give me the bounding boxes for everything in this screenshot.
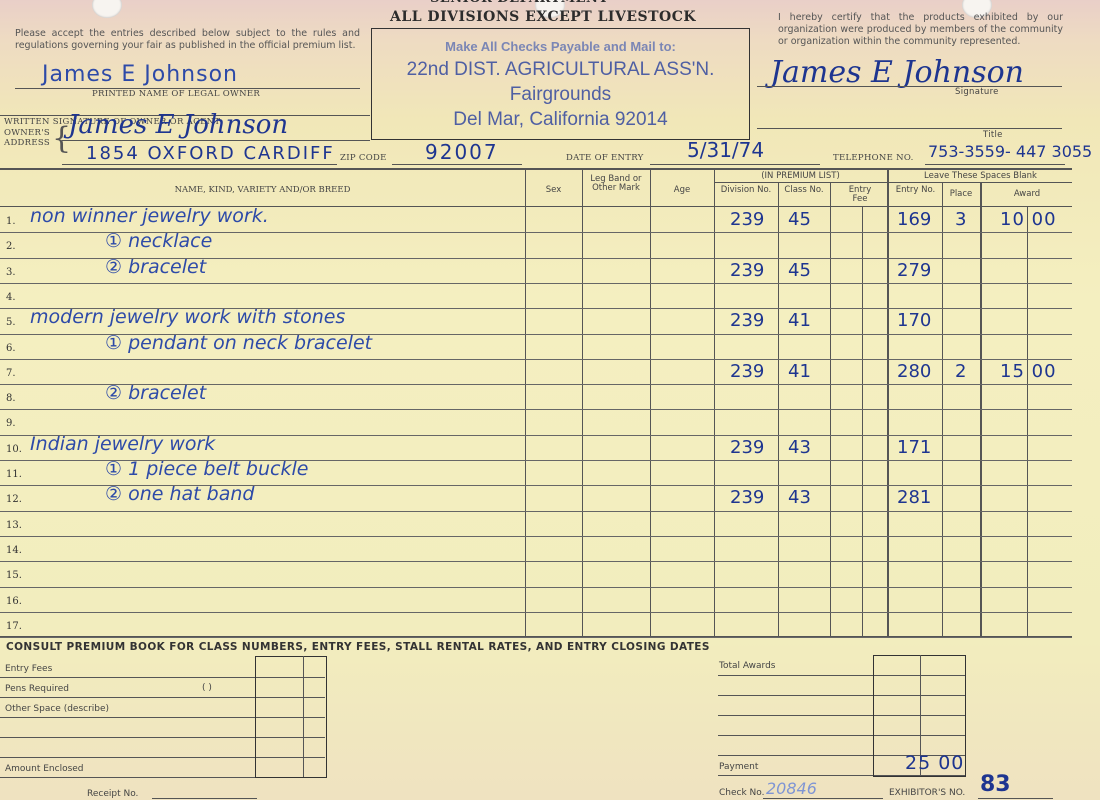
row-entry-no[interactable]: 279 xyxy=(897,260,931,281)
payment-label: Payment xyxy=(719,762,758,772)
row-description[interactable]: non winner jewelry work. xyxy=(30,205,269,227)
blank-group-underline xyxy=(889,182,1072,183)
table-row-line xyxy=(0,536,1072,537)
col-header-premium-group: (IN PREMIUM LIST) xyxy=(714,172,887,181)
col-header-leg-band: Leg Band or Other Mark xyxy=(590,175,642,193)
col-divider-legband xyxy=(650,168,651,636)
table-row-line xyxy=(0,587,1072,588)
receipt-number-label: Receipt No. xyxy=(87,789,138,799)
entry-notice-text: Please accept the entries described belo… xyxy=(15,28,360,52)
table-row-line xyxy=(0,409,1072,410)
check-number-value[interactable]: 20846 xyxy=(766,779,817,798)
col-header-class: Class No. xyxy=(782,186,826,195)
row-entry-no[interactable]: 281 xyxy=(897,487,931,508)
row-division[interactable]: 239 xyxy=(730,209,764,230)
row-description[interactable]: Indian jewelry work xyxy=(30,433,215,455)
col-header-division: Division No. xyxy=(720,186,772,195)
stamp-line-1: Make All Checks Payable and Mail to: xyxy=(372,39,749,54)
fees-cents-divider xyxy=(303,656,304,777)
premium-group-underline xyxy=(714,182,887,183)
row-number: 3. xyxy=(6,267,16,278)
row-number: 8. xyxy=(6,393,16,404)
date-of-entry-value[interactable]: 5/31/74 xyxy=(687,138,764,162)
row-division[interactable]: 239 xyxy=(730,437,764,458)
receipt-number-line xyxy=(152,798,257,799)
row-number: 10. xyxy=(6,444,22,455)
check-number-label: Check No. xyxy=(719,788,765,798)
row-description[interactable]: ① pendant on neck bracelet xyxy=(105,332,372,354)
printed-name-label: PRINTED NAME OF LEGAL OWNER xyxy=(92,89,260,99)
row-place[interactable]: 2 xyxy=(955,361,966,382)
consult-premium-book-notice: CONSULT PREMIUM BOOK FOR CLASS NUMBERS, … xyxy=(6,641,710,653)
table-row-line xyxy=(0,511,1072,512)
row-description[interactable]: modern jewelry work with stones xyxy=(30,306,345,328)
pens-required-label: Pens Required xyxy=(5,684,69,694)
row-class[interactable]: 45 xyxy=(788,209,811,230)
telephone-label: TELEPHONE NO. xyxy=(833,153,914,163)
amount-enclosed-label: Amount Enclosed xyxy=(5,764,84,774)
row-division[interactable]: 239 xyxy=(730,260,764,281)
table-row-line xyxy=(0,561,1072,562)
row-entry-no[interactable]: 170 xyxy=(897,310,931,331)
row-class[interactable]: 43 xyxy=(788,437,811,458)
telephone-line xyxy=(925,164,1065,165)
written-signature-value[interactable]: James E Johnson xyxy=(68,110,288,140)
col-divider-entryfee xyxy=(887,168,889,636)
row-number: 13. xyxy=(6,520,22,531)
row-description[interactable]: ② bracelet xyxy=(105,382,206,404)
row-number: 9. xyxy=(6,418,16,429)
col-divider-entryfee-inner xyxy=(862,207,863,636)
zip-code-value[interactable]: 92007 xyxy=(425,140,499,164)
pens-required-parens: ( ) xyxy=(202,683,212,693)
col-header-blank-group: Leave These Spaces Blank xyxy=(889,172,1072,181)
row-number: 15. xyxy=(6,570,22,581)
row-class[interactable]: 41 xyxy=(788,361,811,382)
row-number: 7. xyxy=(6,368,16,379)
row-number: 5. xyxy=(6,317,16,328)
row-entry-no[interactable]: 280 xyxy=(897,361,931,382)
address-label-line-2: ADDRESS xyxy=(4,138,50,148)
department-partial-heading: SENIOR DEPARTMENT xyxy=(430,0,609,6)
row-description[interactable]: ① necklace xyxy=(105,230,212,252)
col-header-place: Place xyxy=(942,190,980,199)
printed-name-value[interactable]: James E Johnson xyxy=(42,62,238,87)
row-place[interactable]: 3 xyxy=(955,209,966,230)
row-number: 16. xyxy=(6,596,22,607)
col-divider-award-inner xyxy=(1027,207,1028,636)
certification-text: I hereby certify that the products exhib… xyxy=(778,12,1063,48)
table-row-line xyxy=(0,359,1072,360)
other-space-label: Other Space (describe) xyxy=(5,704,109,714)
table-row-line xyxy=(0,637,1072,638)
fees-amount-box xyxy=(255,656,327,778)
col-header-age: Age xyxy=(650,186,714,195)
row-description[interactable]: ② one hat band xyxy=(105,483,254,505)
row-division[interactable]: 239 xyxy=(730,310,764,331)
address-line-2 xyxy=(62,164,337,165)
row-division[interactable]: 239 xyxy=(730,487,764,508)
row-number: 12. xyxy=(6,494,22,505)
title-line xyxy=(757,128,1062,129)
col-divider-age xyxy=(714,168,715,636)
signature-line xyxy=(757,86,1062,87)
exhibitor-number-value[interactable]: 83 xyxy=(980,772,1011,797)
date-of-entry-label: DATE OF ENTRY xyxy=(566,153,644,163)
table-row-line xyxy=(0,612,1072,613)
col-divider-sex xyxy=(582,168,583,636)
row-award[interactable]: 15 00 xyxy=(1000,361,1057,382)
row-description[interactable]: ① 1 piece belt buckle xyxy=(105,458,308,480)
col-header-award: Award xyxy=(982,190,1072,199)
stamp-line-3: Fairgrounds xyxy=(372,84,749,106)
table-top-border xyxy=(0,168,1072,170)
zip-code-label: ZIP CODE xyxy=(340,153,387,163)
row-entry-no[interactable]: 169 xyxy=(897,209,931,230)
stamp-line-4: Del Mar, California 92014 xyxy=(372,109,749,131)
exhibitor-number-label: EXHIBITOR'S NO. xyxy=(889,788,965,798)
address-line-1 xyxy=(62,140,370,141)
col-header-name: NAME, KIND, VARIETY AND/OR BREED xyxy=(0,186,525,195)
exhibitor-number-line xyxy=(978,798,1053,799)
row-class[interactable]: 45 xyxy=(788,260,811,281)
row-number: 17. xyxy=(6,621,22,632)
col-header-entry-fee: Entry Fee xyxy=(840,186,880,204)
row-number: 14. xyxy=(6,545,22,556)
payment-value[interactable]: 25 00 xyxy=(905,752,964,774)
address-label-line-1: OWNER'S xyxy=(4,128,50,138)
row-division[interactable]: 239 xyxy=(730,361,764,382)
row-class[interactable]: 41 xyxy=(788,310,811,331)
col-header-sex: Sex xyxy=(525,186,582,195)
col-header-entry-no: Entry No. xyxy=(893,186,938,195)
zip-code-line xyxy=(392,164,522,165)
entry-fees-label: Entry Fees xyxy=(5,664,52,674)
date-of-entry-line xyxy=(650,164,820,165)
row-award[interactable]: 10 00 xyxy=(1000,209,1057,230)
check-number-line xyxy=(763,798,883,799)
total-awards-label: Total Awards xyxy=(719,661,776,671)
row-entry-no[interactable]: 171 xyxy=(897,437,931,458)
stamp-line-2: 22nd DIST. AGRICULTURAL ASS'N. xyxy=(372,59,749,81)
telephone-value[interactable]: 753-3559- 447 3055 xyxy=(928,142,1092,161)
address-value[interactable]: 1854 OXFORD CARDIFF xyxy=(86,143,335,164)
row-description[interactable]: ② bracelet xyxy=(105,256,206,278)
signature-label: Signature xyxy=(955,87,999,97)
mail-to-stamp-box: Make All Checks Payable and Mail to: 22n… xyxy=(371,28,750,140)
row-number: 6. xyxy=(6,343,16,354)
row-number: 11. xyxy=(6,469,22,480)
form-title: ALL DIVISIONS EXCEPT LIVESTOCK xyxy=(390,9,696,25)
row-class[interactable]: 43 xyxy=(788,487,811,508)
title-label: Title xyxy=(983,130,1003,140)
table-row-line xyxy=(0,283,1072,284)
row-number: 2. xyxy=(6,241,16,252)
punch-hole-left xyxy=(92,0,122,18)
row-number: 1. xyxy=(6,216,16,227)
signature-value[interactable]: James E Johnson xyxy=(770,55,1024,90)
col-divider-name xyxy=(525,168,526,638)
row-number: 4. xyxy=(6,292,16,303)
